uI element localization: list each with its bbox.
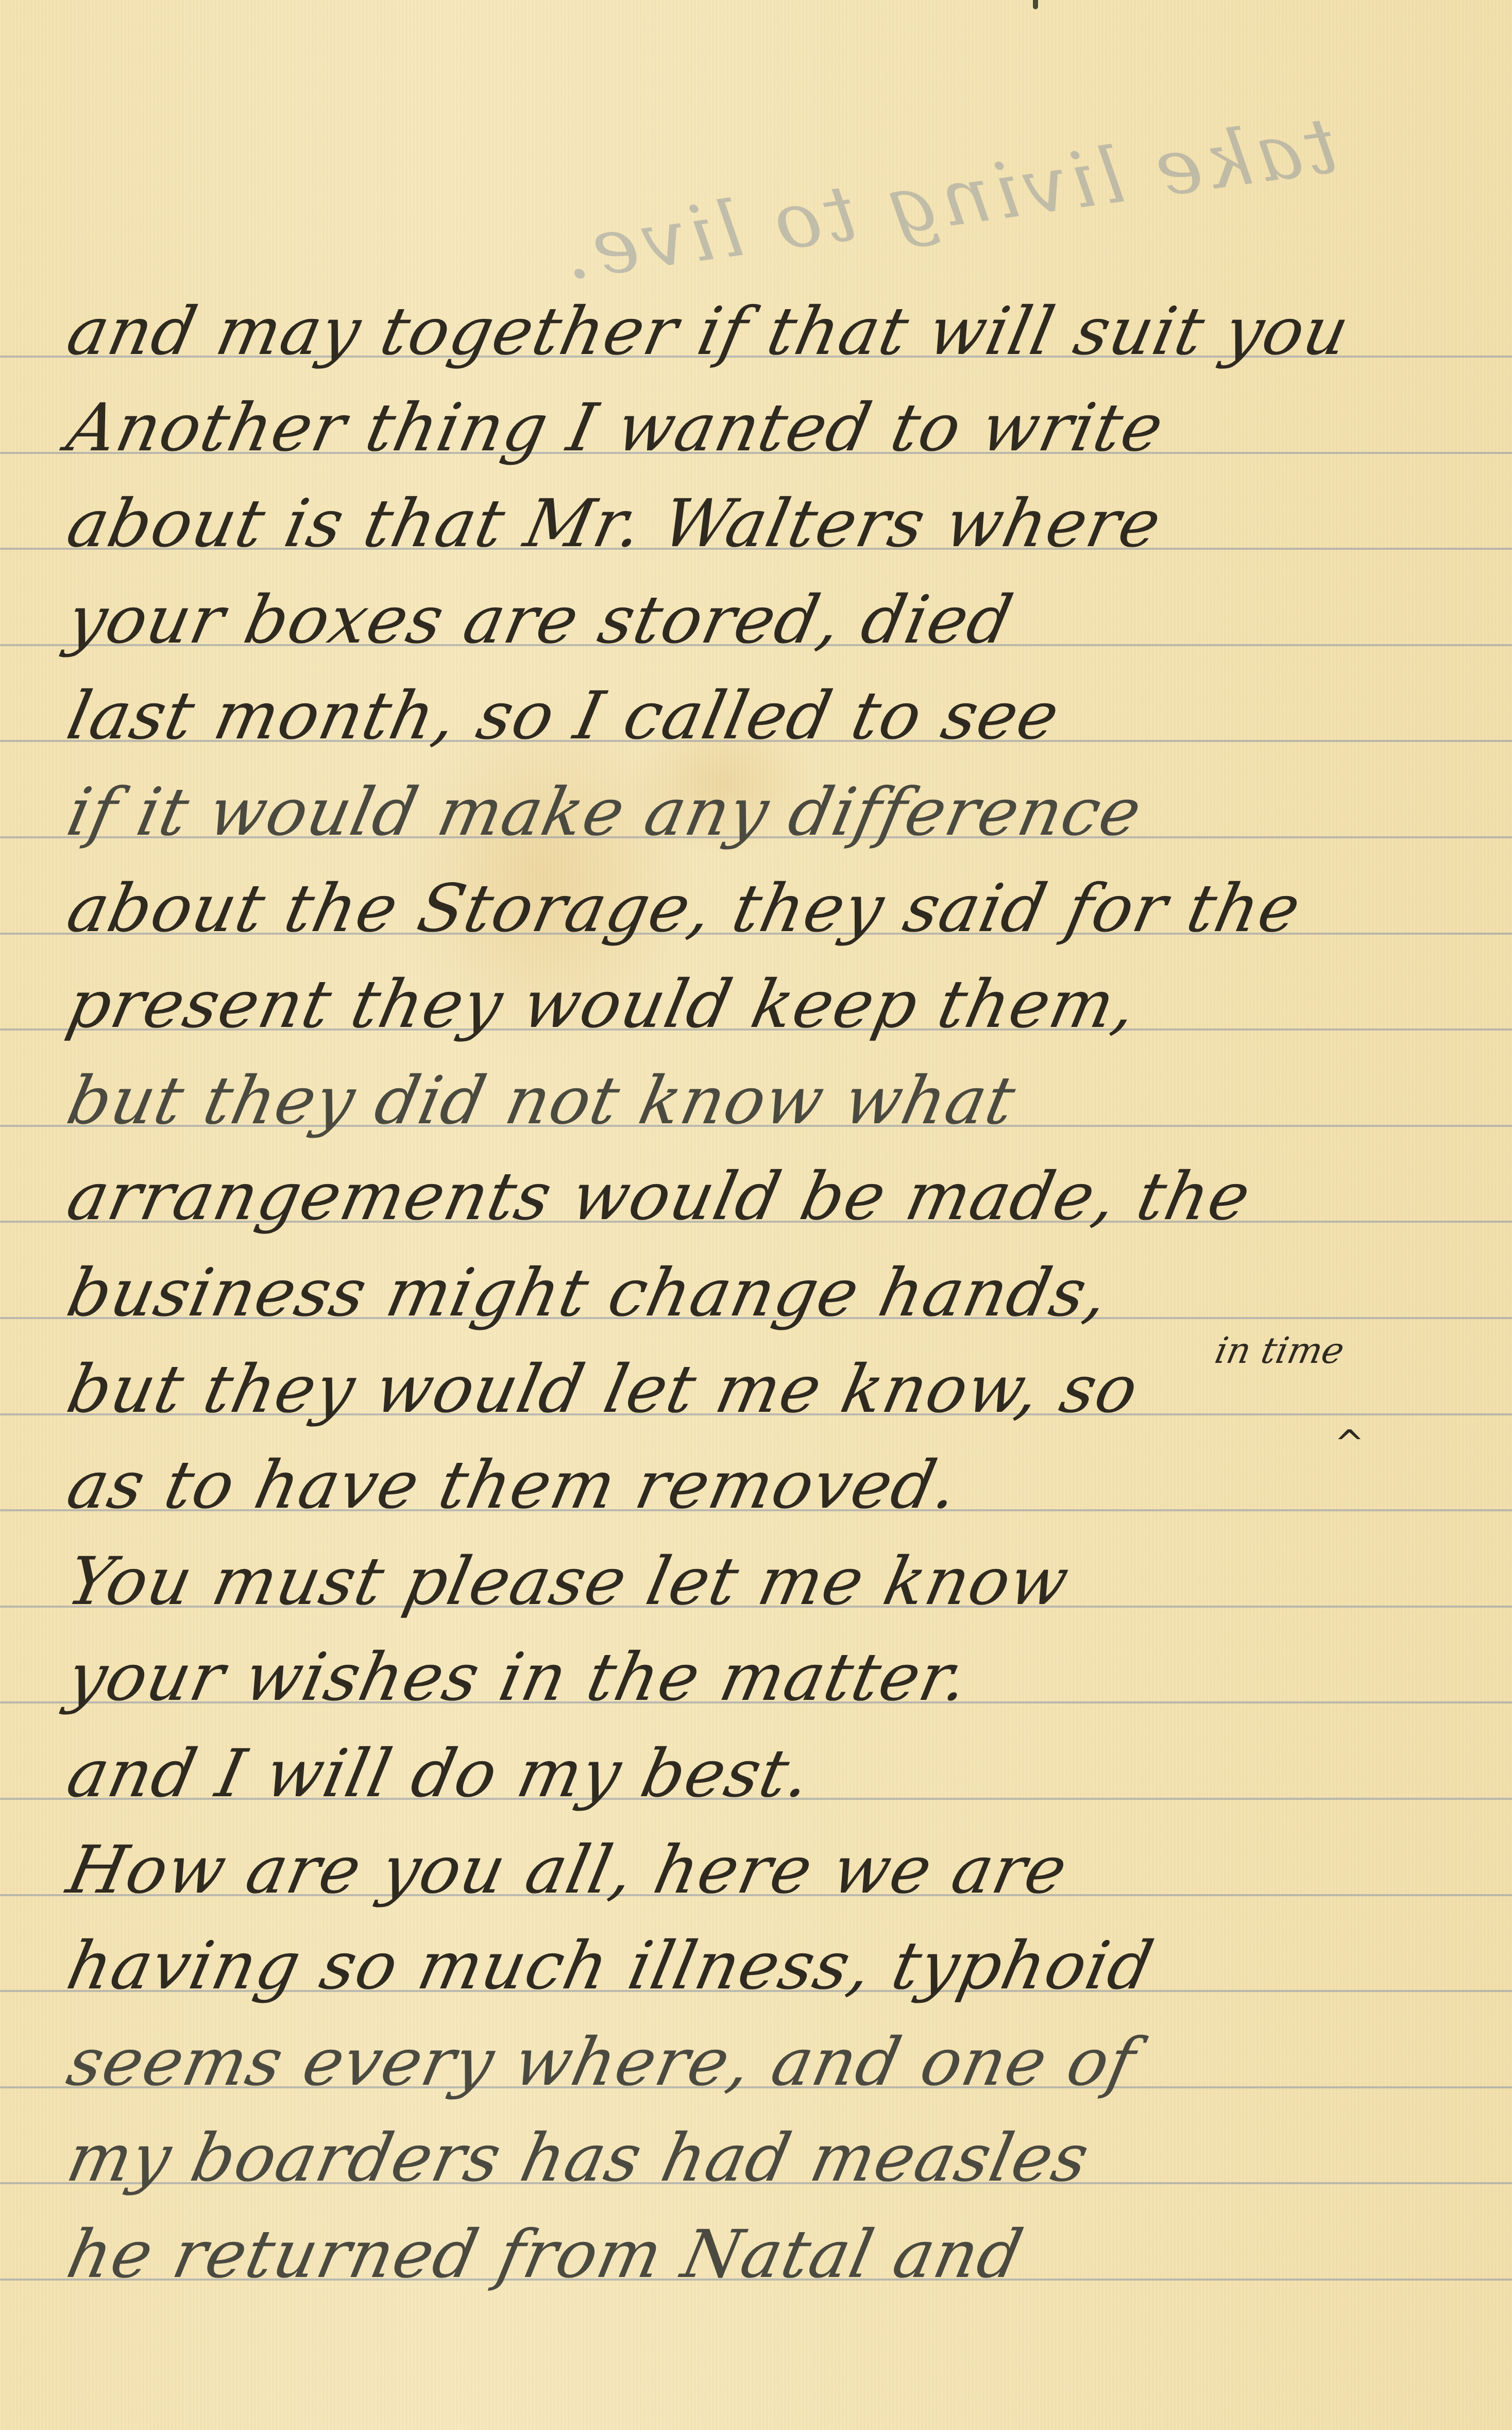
handwritten-line-7: about the Storage, they said for the: [62, 876, 1508, 942]
handwritten-line-16: and I will do my best.: [62, 1741, 1508, 1807]
handwritten-line-5: last month, so I called to see: [62, 683, 1508, 749]
handwritten-line-10: arrangements would be made, the: [62, 1164, 1508, 1230]
handwritten-line-14: You must please let me know: [62, 1549, 1508, 1615]
handwritten-line-2: Another thing I wanted to write: [62, 395, 1508, 461]
handwritten-line-4: your boxes are stored, died: [62, 587, 1508, 653]
ink-mark: [1033, 0, 1038, 9]
handwritten-line-9: but they did not know what: [62, 1068, 1508, 1134]
bleed-through-text: take living to live.: [554, 100, 1343, 298]
interlinear-insertion: in time: [1211, 1329, 1348, 1372]
handwritten-line-11: business might change hands,: [62, 1260, 1508, 1326]
handwritten-line-8: present they would keep them,: [62, 972, 1508, 1038]
handwritten-line-17: How are you all, here we are: [62, 1837, 1508, 1903]
handwritten-line-21: he returned from Natal and: [62, 2222, 1508, 2288]
handwritten-line-18: having so much illness, typhoid: [62, 1933, 1508, 1999]
handwritten-line-19: seems every where, and one of: [62, 2030, 1508, 2096]
handwritten-line-3: about is that Mr. Walters where: [62, 491, 1508, 557]
letter-page: take living to live. and may together if…: [0, 0, 1512, 2430]
handwritten-line-20: my boarders has had measles: [62, 2125, 1508, 2191]
handwritten-line-6: if it would make any difference: [62, 780, 1508, 846]
handwritten-line-13: as to have them removed.: [62, 1453, 1508, 1518]
handwritten-line-1: and may together if that will suit you: [62, 299, 1508, 365]
insertion-caret: ^: [1334, 1422, 1365, 1464]
handwritten-line-15: your wishes in the matter.: [62, 1645, 1508, 1711]
